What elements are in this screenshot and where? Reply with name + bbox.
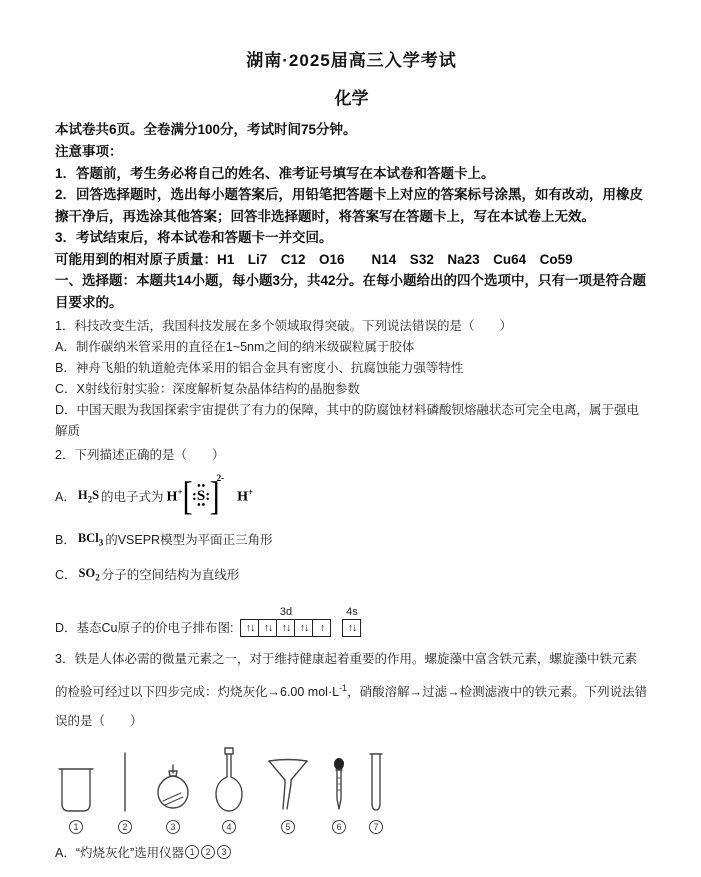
note-item-1: 1．答题前，考生务必将自己的姓名、准考证号填写在本试卷和答题卡上。: [55, 163, 648, 185]
equipment-figure: 1 2 3: [57, 748, 648, 834]
q2-option-b: B． BCl3 的VSEPR模型为平面正三角形: [55, 528, 648, 550]
so2-formula: SO2: [79, 566, 100, 583]
q2-option-b-text: 的VSEPR模型为平面正三角形: [105, 530, 272, 548]
q3-option-a: A．“灼烧灰化”选用仪器 1 2 3: [55, 843, 648, 861]
orbital-diagram: 3d ↑↓ ↑↓ ↑↓ ↑↓ ↑ 4s ↑↓: [240, 605, 361, 637]
equipment-item-alcohol-lamp: 3: [155, 763, 191, 834]
equipment-label-3: 3: [166, 820, 180, 834]
q2-option-a-label: A．: [55, 487, 76, 505]
equipment-item-volumetric-flask: 4: [214, 747, 244, 834]
equipment-item-beaker: 1: [57, 761, 95, 834]
instrument-ref-1: 1: [185, 845, 199, 859]
test-tube-icon: [369, 751, 383, 813]
section-heading: 一、选择题：本题共14小题，每小题3分，共42分。在每小题给出的四个选项中，只有…: [55, 270, 648, 313]
orbital-box: ↑: [312, 619, 331, 637]
q2-option-b-label: B．: [55, 530, 76, 548]
volumetric-flask-icon: [214, 747, 244, 813]
equipment-item-glass-rod: 2: [118, 751, 132, 834]
equipment-item-test-tube: 7: [369, 751, 383, 834]
note-item-3: 3．考试结束后，将本试卷和答题卡一并交回。: [55, 227, 648, 249]
bcl3-formula: BCl3: [78, 531, 103, 548]
orbital-box: ↑↓: [240, 619, 259, 637]
orbital-box: ↑↓: [342, 619, 361, 637]
electron-dot-formula: H+ [ •• :S: •• ] 2- H+: [167, 475, 254, 517]
equipment-item-funnel: 5: [267, 757, 309, 834]
instrument-ref-3: 3: [217, 845, 231, 859]
equipment-label-5: 5: [281, 820, 295, 834]
orbital-3d-group: 3d ↑↓ ↑↓ ↑↓ ↑↓ ↑: [240, 605, 331, 637]
sulfide-center-atom: •• :S: ••: [192, 484, 210, 509]
equipment-label-6: 6: [332, 820, 346, 834]
exam-page: 湖南·2025届高三入学考试 化学 本试卷共6页。全卷满分100分，考试时间75…: [0, 0, 701, 877]
note-item-2: 2．回答选择题时，选出每小题答案后，用铅笔把答题卡上对应的答案标号涂黑，如有改动…: [55, 184, 648, 227]
subject-title: 化学: [55, 84, 648, 109]
hydrogen-cation-right: H+: [237, 487, 253, 506]
q3-stem: 3．铁是人体必需的微量元素之一，对于维持健康起着重要的作用。螺旋藻中富含铁元素，…: [55, 645, 648, 736]
equipment-label-7: 7: [369, 820, 383, 834]
instrument-ref-2: 2: [201, 845, 215, 859]
q2-option-a-text: 的电子式为: [101, 487, 164, 505]
q2-stem: 2．下列描述正确的是（ ）: [55, 445, 648, 466]
superscript-minus-one: -1: [339, 683, 347, 693]
orbital-box: ↑↓: [258, 619, 277, 637]
paper-info: 本试卷共6页。全卷满分100分，考试时间75分钟。: [55, 118, 648, 141]
q1-option-b: B．神舟飞船的轨道舱壳体采用的铝合金具有密度小、抗腐蚀能力强等特性: [55, 358, 648, 379]
orbital-box: ↑↓: [294, 619, 313, 637]
q2-option-c: C． SO2 分子的空间结构为直线形: [55, 563, 648, 585]
q2-option-c-label: C．: [55, 565, 77, 583]
q3-option-a-text: A．“灼烧灰化”选用仪器: [55, 843, 184, 861]
q2-option-a: A． H2S 的电子式为 H+ [ •• :S: •• ] 2- H+: [55, 473, 648, 519]
q1-option-d: D．中国天眼为我国探索宇宙提供了有力的保障，其中的防腐蚀材料磷酸钡熔融状态可完全…: [55, 400, 648, 442]
equipment-label-1: 1: [69, 820, 83, 834]
orbital-4s-label: 4s: [346, 605, 358, 619]
orbital-box: ↑↓: [276, 619, 295, 637]
q1-option-c: C．X射线衍射实验：深度解析复杂晶体结构的晶胞参数: [55, 379, 648, 400]
exam-header-block: 本试卷共6页。全卷满分100分，考试时间75分钟。 注意事项： 1．答题前，考生…: [55, 118, 648, 313]
orbital-4s-group: 4s ↑↓: [342, 605, 361, 637]
questions-area: 1．科技改变生活，我国科技发展在多个领域取得突破。下列说法错误的是（ ） A．制…: [55, 316, 648, 861]
dropper-icon: [332, 757, 346, 813]
orbital-3d-label: 3d: [280, 605, 292, 619]
beaker-icon: [57, 761, 95, 813]
q2-option-c-text: 分子的空间结构为直线形: [102, 565, 240, 583]
equipment-item-dropper: 6: [332, 757, 346, 834]
q2-option-d-text: D．基态Cu原子的价电子排布图:: [55, 619, 233, 637]
lone-pair-bottom: ••: [196, 503, 206, 509]
equipment-label-2: 2: [118, 820, 132, 834]
alcohol-lamp-icon: [155, 763, 191, 813]
ion-charge-label: 2-: [217, 473, 225, 483]
equipment-label-4: 4: [222, 820, 236, 834]
q1-stem: 1．科技改变生活，我国科技发展在多个领域取得突破。下列说法错误的是（ ）: [55, 316, 648, 337]
funnel-icon: [267, 757, 309, 813]
left-bracket: [: [182, 475, 192, 517]
glass-rod-icon: [122, 751, 128, 813]
hydrogen-cation-left: H+: [167, 487, 183, 506]
q2-option-d: D．基态Cu原子的价电子排布图: 3d ↑↓ ↑↓ ↑↓ ↑↓ ↑ 4s ↑↓: [55, 595, 648, 637]
h2s-formula: H2S: [78, 488, 99, 505]
q1-option-a: A．制作碳纳米管采用的直径在1~5nm之间的纳米级碳粒属于胶体: [55, 337, 648, 358]
atomic-mass-line: 可能用到的相对原子质量：H1 Li7 C12 O16 N14 S32 Na23 …: [55, 249, 648, 271]
notes-heading: 注意事项：: [55, 141, 648, 163]
page-title: 湖南·2025届高三入学考试: [55, 46, 648, 71]
